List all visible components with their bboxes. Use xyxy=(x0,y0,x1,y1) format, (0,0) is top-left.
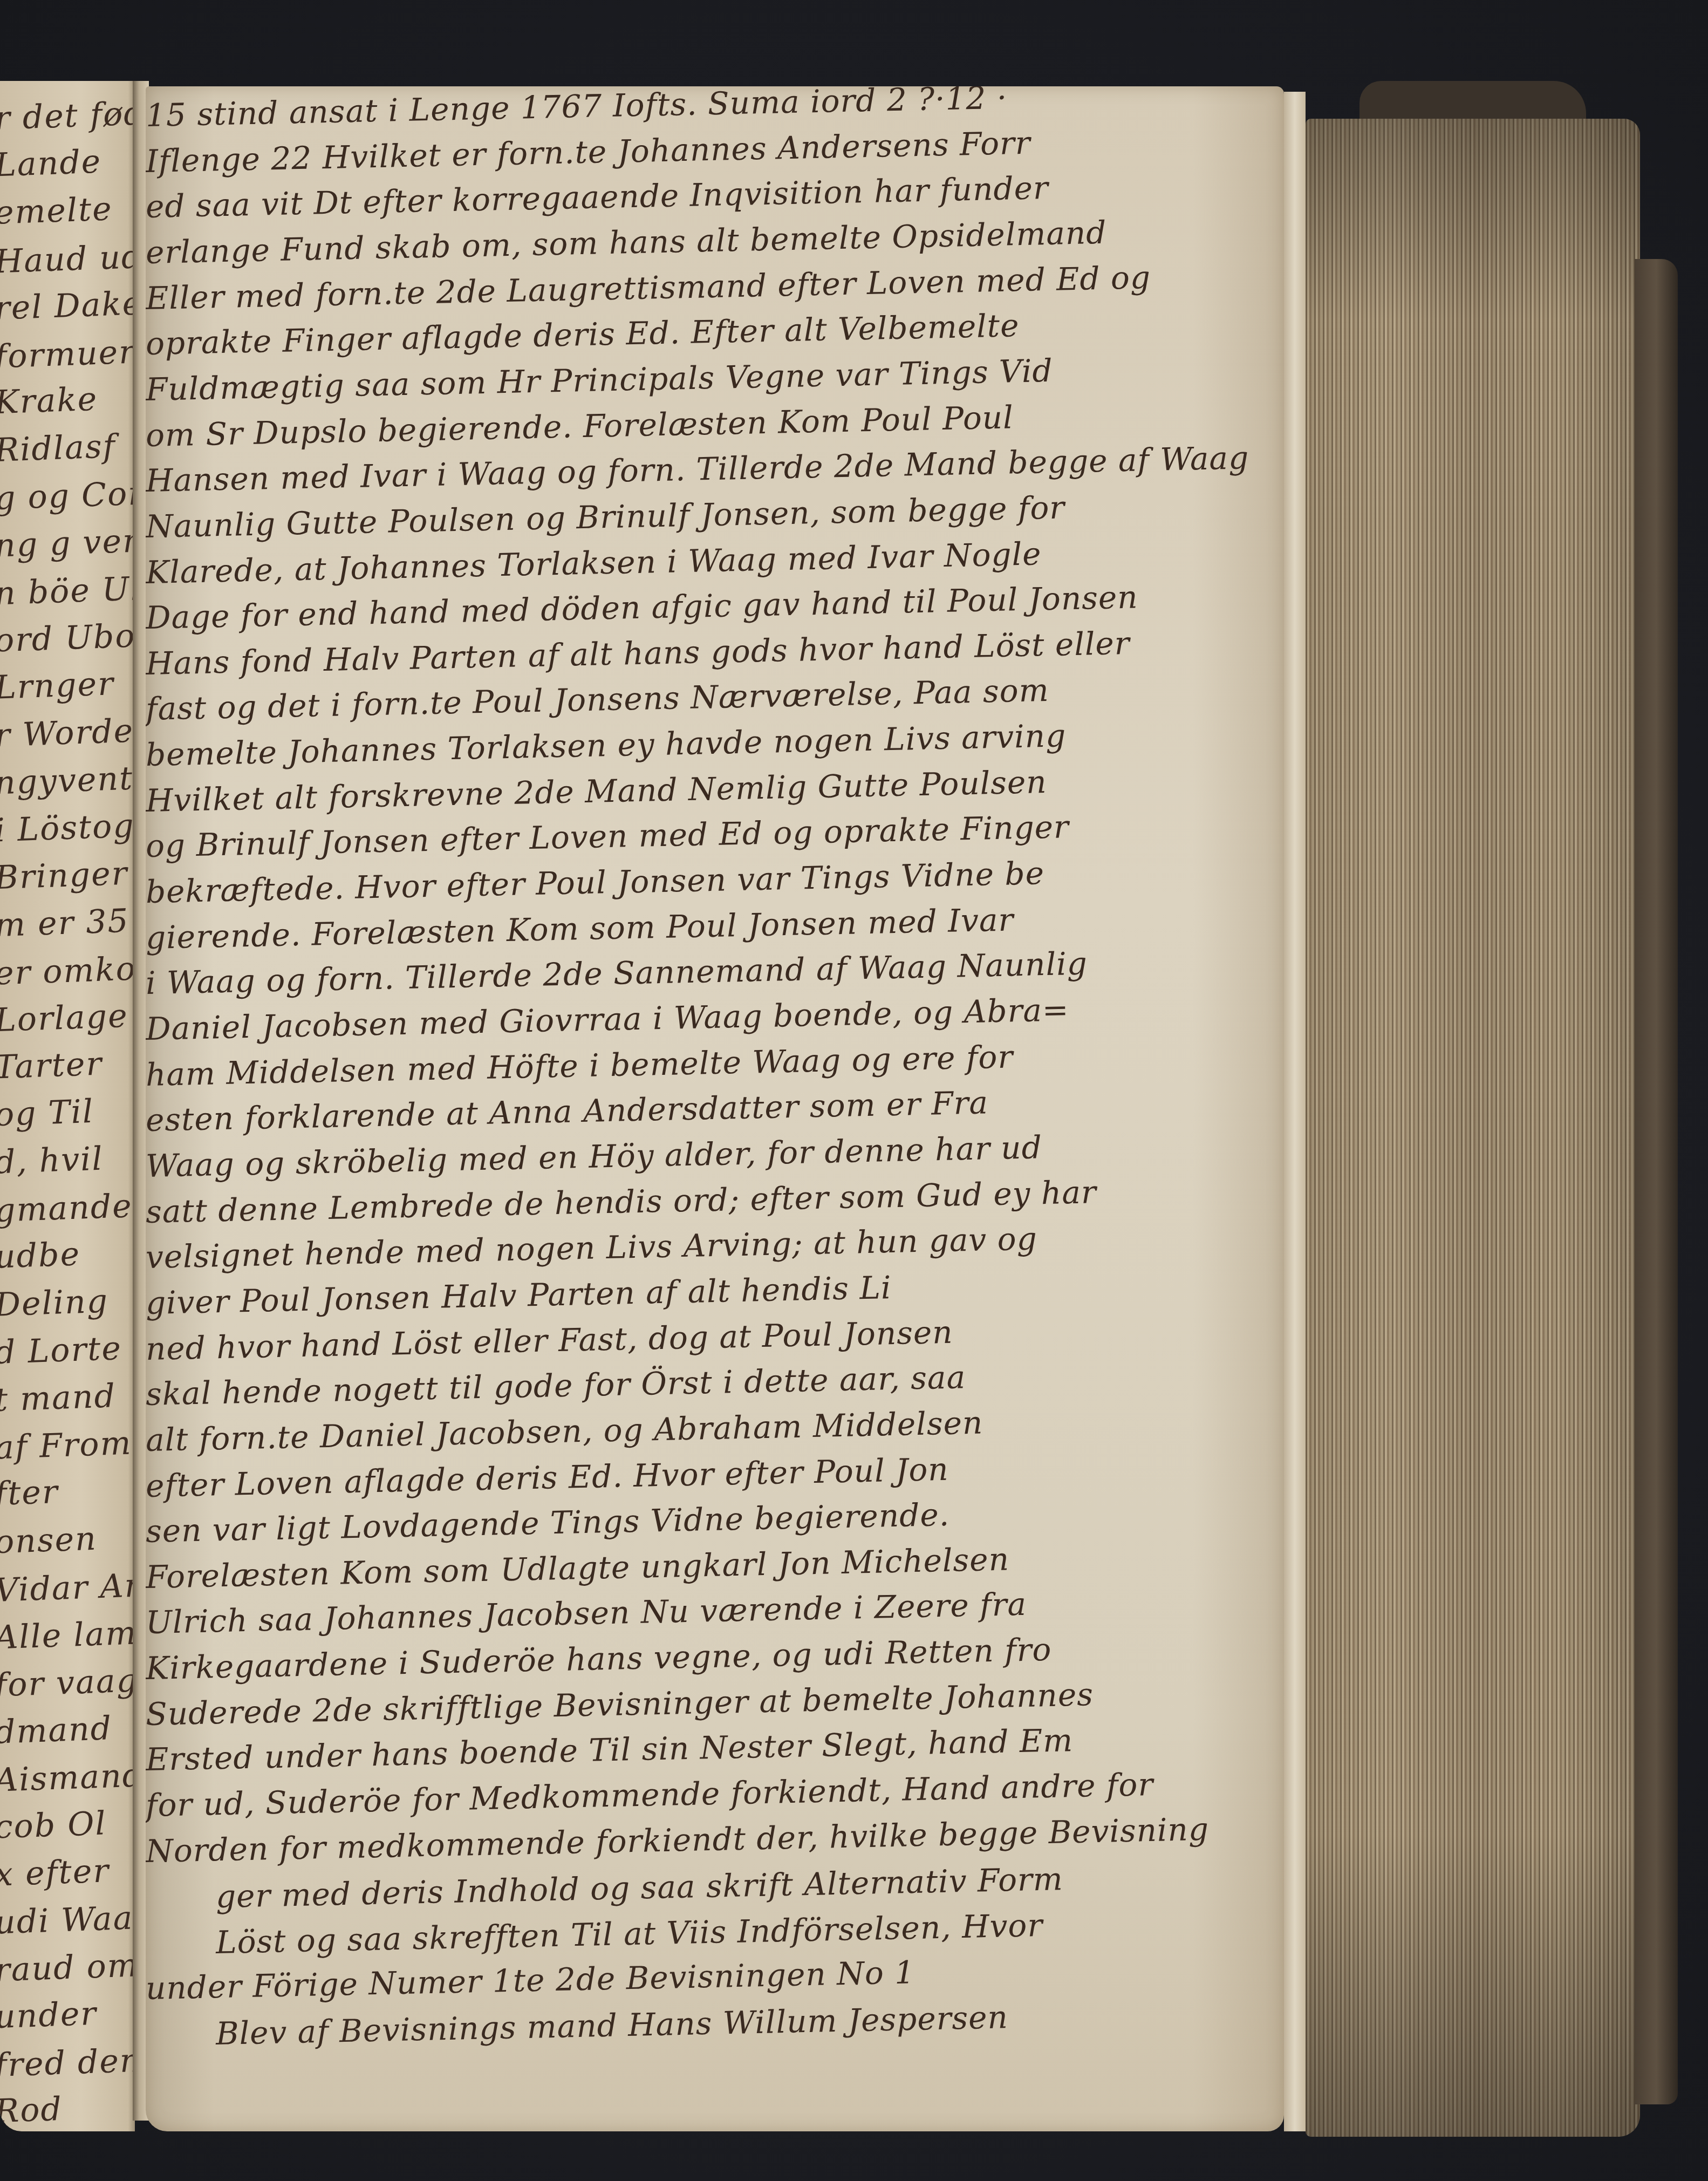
left-page-line: er omkost xyxy=(0,949,135,992)
left-page-line: Lrnger xyxy=(0,665,115,707)
book-fore-edge xyxy=(1306,119,1640,2137)
left-page-line: udbe xyxy=(0,1235,81,1276)
left-page-line: dmand xyxy=(0,1709,113,1751)
left-page-line: d Lorte xyxy=(0,1330,122,1372)
left-page-line: t mand xyxy=(0,1377,117,1419)
left-page-line: Rod xyxy=(0,2090,63,2130)
left-page-line: raud om xyxy=(0,1946,135,1989)
left-page-line: formuer Wa xyxy=(0,331,135,376)
left-page-line: fred dem xyxy=(0,2041,135,2084)
left-page-line: ord Ubo xyxy=(0,617,135,659)
left-page-line: Deling xyxy=(0,1282,109,1324)
left-page-line: g og Con xyxy=(0,474,135,517)
manuscript-page: 15 stind ansat i Lenge 1767 Iofts. Suma … xyxy=(146,86,1284,2131)
left-page-line: Aismand xyxy=(0,1756,135,1800)
left-page-line: r Worde xyxy=(0,712,134,755)
left-page-line: og Til xyxy=(0,1093,94,1134)
left-page-line: for vaag xyxy=(0,1661,135,1704)
left-page-line: Tarter xyxy=(0,1045,103,1087)
left-page-line: emelte xyxy=(0,190,113,232)
left-page-line: under xyxy=(0,1995,98,2036)
left-page-line: i Löstog xyxy=(0,807,135,849)
left-page-line: Krake xyxy=(0,380,98,422)
left-page-line: fter xyxy=(0,1473,59,1513)
left-page-line: Alle lam xyxy=(0,1614,135,1657)
left-page-line: n böe Uhi xyxy=(0,569,135,613)
page-edge-strip xyxy=(1284,92,1306,2131)
left-page-fragment: r det fødLandeemelteHaud udstorel Dakefo… xyxy=(0,81,135,2131)
book-cover-edge xyxy=(1635,259,1678,2104)
left-page-line: Bringer xyxy=(0,855,128,897)
left-page-line: rel Dake xyxy=(0,284,135,328)
left-page-line: onsen xyxy=(0,1520,98,1562)
left-page-line: Ridlasf xyxy=(0,427,117,469)
left-page-line: udi Waa xyxy=(0,1899,134,1942)
left-page-line: d, hvil xyxy=(0,1140,104,1182)
left-page-line: Lorlage xyxy=(0,997,129,1040)
left-page-line: r det fød xyxy=(0,94,135,138)
left-page-line: cob Ol xyxy=(0,1804,107,1846)
left-page-line: Vidar An xyxy=(0,1566,135,1610)
left-page-line: ng g ven xyxy=(0,522,135,565)
left-page-line: af From xyxy=(0,1425,133,1467)
left-page-line: gmandes xyxy=(0,1187,135,1230)
left-page-line: m er 35 xyxy=(0,902,130,945)
left-page-line: Lande xyxy=(0,143,102,185)
left-page-line: x efter xyxy=(0,1852,110,1893)
left-page-line: Haud udsto xyxy=(0,236,135,281)
left-page-line: ngyvent xyxy=(0,760,134,802)
